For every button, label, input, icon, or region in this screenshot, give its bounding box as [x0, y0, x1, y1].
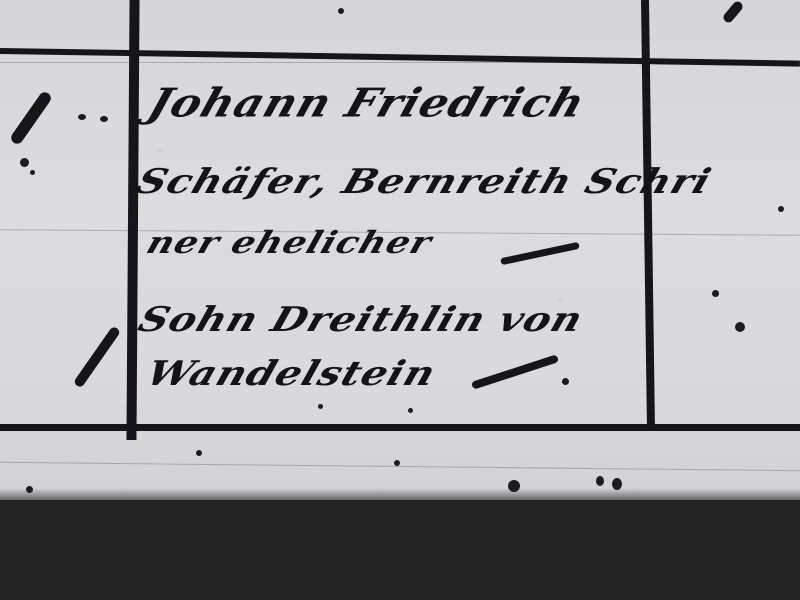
- table-rule-vertical-right: [641, 0, 655, 430]
- table-rule-vertical-left: [126, 0, 139, 440]
- ink-speck: [778, 206, 784, 212]
- ink-speck: [338, 8, 344, 14]
- paper-sheet: Johann Friedrich Schäfer, Bernreith Schr…: [0, 0, 800, 500]
- ink-speck: [78, 114, 86, 120]
- ink-speck: [408, 408, 413, 413]
- handwritten-line-1: Johann Friedrich: [143, 81, 592, 127]
- paper-edge-shadow: [0, 488, 800, 512]
- ink-speck: [394, 460, 400, 466]
- flourish-stroke: [471, 354, 559, 389]
- ink-speck: [712, 290, 719, 297]
- table-rule-horizontal-bottom: [0, 424, 800, 431]
- document-photo: Johann Friedrich Schäfer, Bernreith Schr…: [0, 0, 800, 600]
- ink-speck: [318, 404, 323, 409]
- top-right-ink-stroke: [721, 0, 744, 24]
- flourish-stroke: [500, 242, 580, 265]
- ink-speck: [20, 158, 29, 167]
- margin-ink-stroke: [9, 90, 53, 146]
- ink-speck: [562, 378, 569, 385]
- handwritten-line-4: Sohn Dreithlin von: [134, 300, 589, 340]
- handwritten-line-3: ner ehelicher: [142, 225, 436, 261]
- ink-speck: [30, 170, 35, 175]
- margin-ink-stroke: [73, 325, 121, 388]
- handwritten-line-5: Wandelstein: [142, 354, 442, 394]
- ink-speck: [196, 450, 202, 456]
- table-rule-horizontal-top: [0, 48, 800, 67]
- ink-speck: [735, 322, 745, 332]
- ink-speck: [100, 116, 108, 122]
- handwritten-line-2: Schäfer, Bernreith Schri: [132, 162, 717, 202]
- ink-speck: [596, 476, 604, 486]
